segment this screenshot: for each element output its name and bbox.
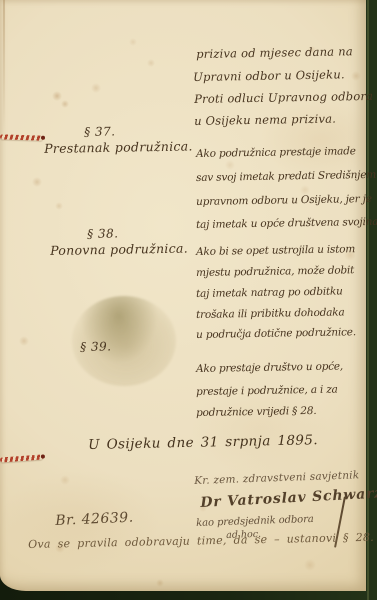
section-39-line: podružnice vrijedi § 28. xyxy=(196,405,317,419)
section-37-number: § 37. xyxy=(84,124,116,139)
official-title-line: Kr. zem. zdravstveni savjetnik xyxy=(194,469,360,487)
section-37-title: Prestanak podružnica. xyxy=(44,138,193,156)
section-37-line: taj imetak u opće društvena svojina. xyxy=(196,216,377,231)
intro-line: priziva od mjesec dana na xyxy=(196,44,353,61)
intro-line: u Osijeku nema priziva. xyxy=(194,112,336,128)
binding-thread-bottom xyxy=(0,455,43,463)
intro-line: Upravni odbor u Osijeku. xyxy=(193,67,345,84)
section-39-number: § 39. xyxy=(80,339,112,354)
scanned-document: priziva od mjesec dana na Upravni odbor … xyxy=(0,0,377,600)
section-39-line: Ako prestaje društvo u opće, xyxy=(196,360,343,375)
approval-line: Ova se pravila odobravaju time, da se – … xyxy=(28,531,374,551)
signature: Dr Vatroslav Schwarz xyxy=(200,485,377,511)
section-37-line: sav svoj imetak predati Središnjem xyxy=(196,169,376,184)
section-38-number: § 38. xyxy=(87,226,119,241)
section-38-title: Ponovna podružnica. xyxy=(50,241,188,258)
manuscript-page: priziva od mjesec dana na Upravni odbor … xyxy=(0,0,366,591)
section-38-line: taj imetak natrag po odbitku xyxy=(196,285,343,300)
binding-thread-top xyxy=(0,134,43,140)
registry-number: Br. 42639. xyxy=(55,510,134,529)
intro-line: Proti odluci Upravnog odbora xyxy=(194,89,373,106)
section-37-line: upravnom odboru u Osijeku, jer je xyxy=(196,193,372,208)
section-38-line: mjestu podružnica, može dobit xyxy=(196,264,354,279)
dateline: U Osijeku dne 31 srpnja 1895. xyxy=(88,432,318,453)
section-37-line: Ako podružnica prestaje imade xyxy=(196,145,356,160)
page-crease xyxy=(3,0,5,130)
section-38-line: Ako bi se opet ustrojila u istom xyxy=(196,243,355,258)
section-39-line: prestaje i podružnice, a i za xyxy=(196,384,338,398)
section-38-line: u područja dotične podružnice. xyxy=(196,326,356,341)
signature-role-line: kao predsjednik odbora xyxy=(196,514,314,529)
section-38-line: trošaka ili pribitku dohodaka xyxy=(196,306,345,321)
